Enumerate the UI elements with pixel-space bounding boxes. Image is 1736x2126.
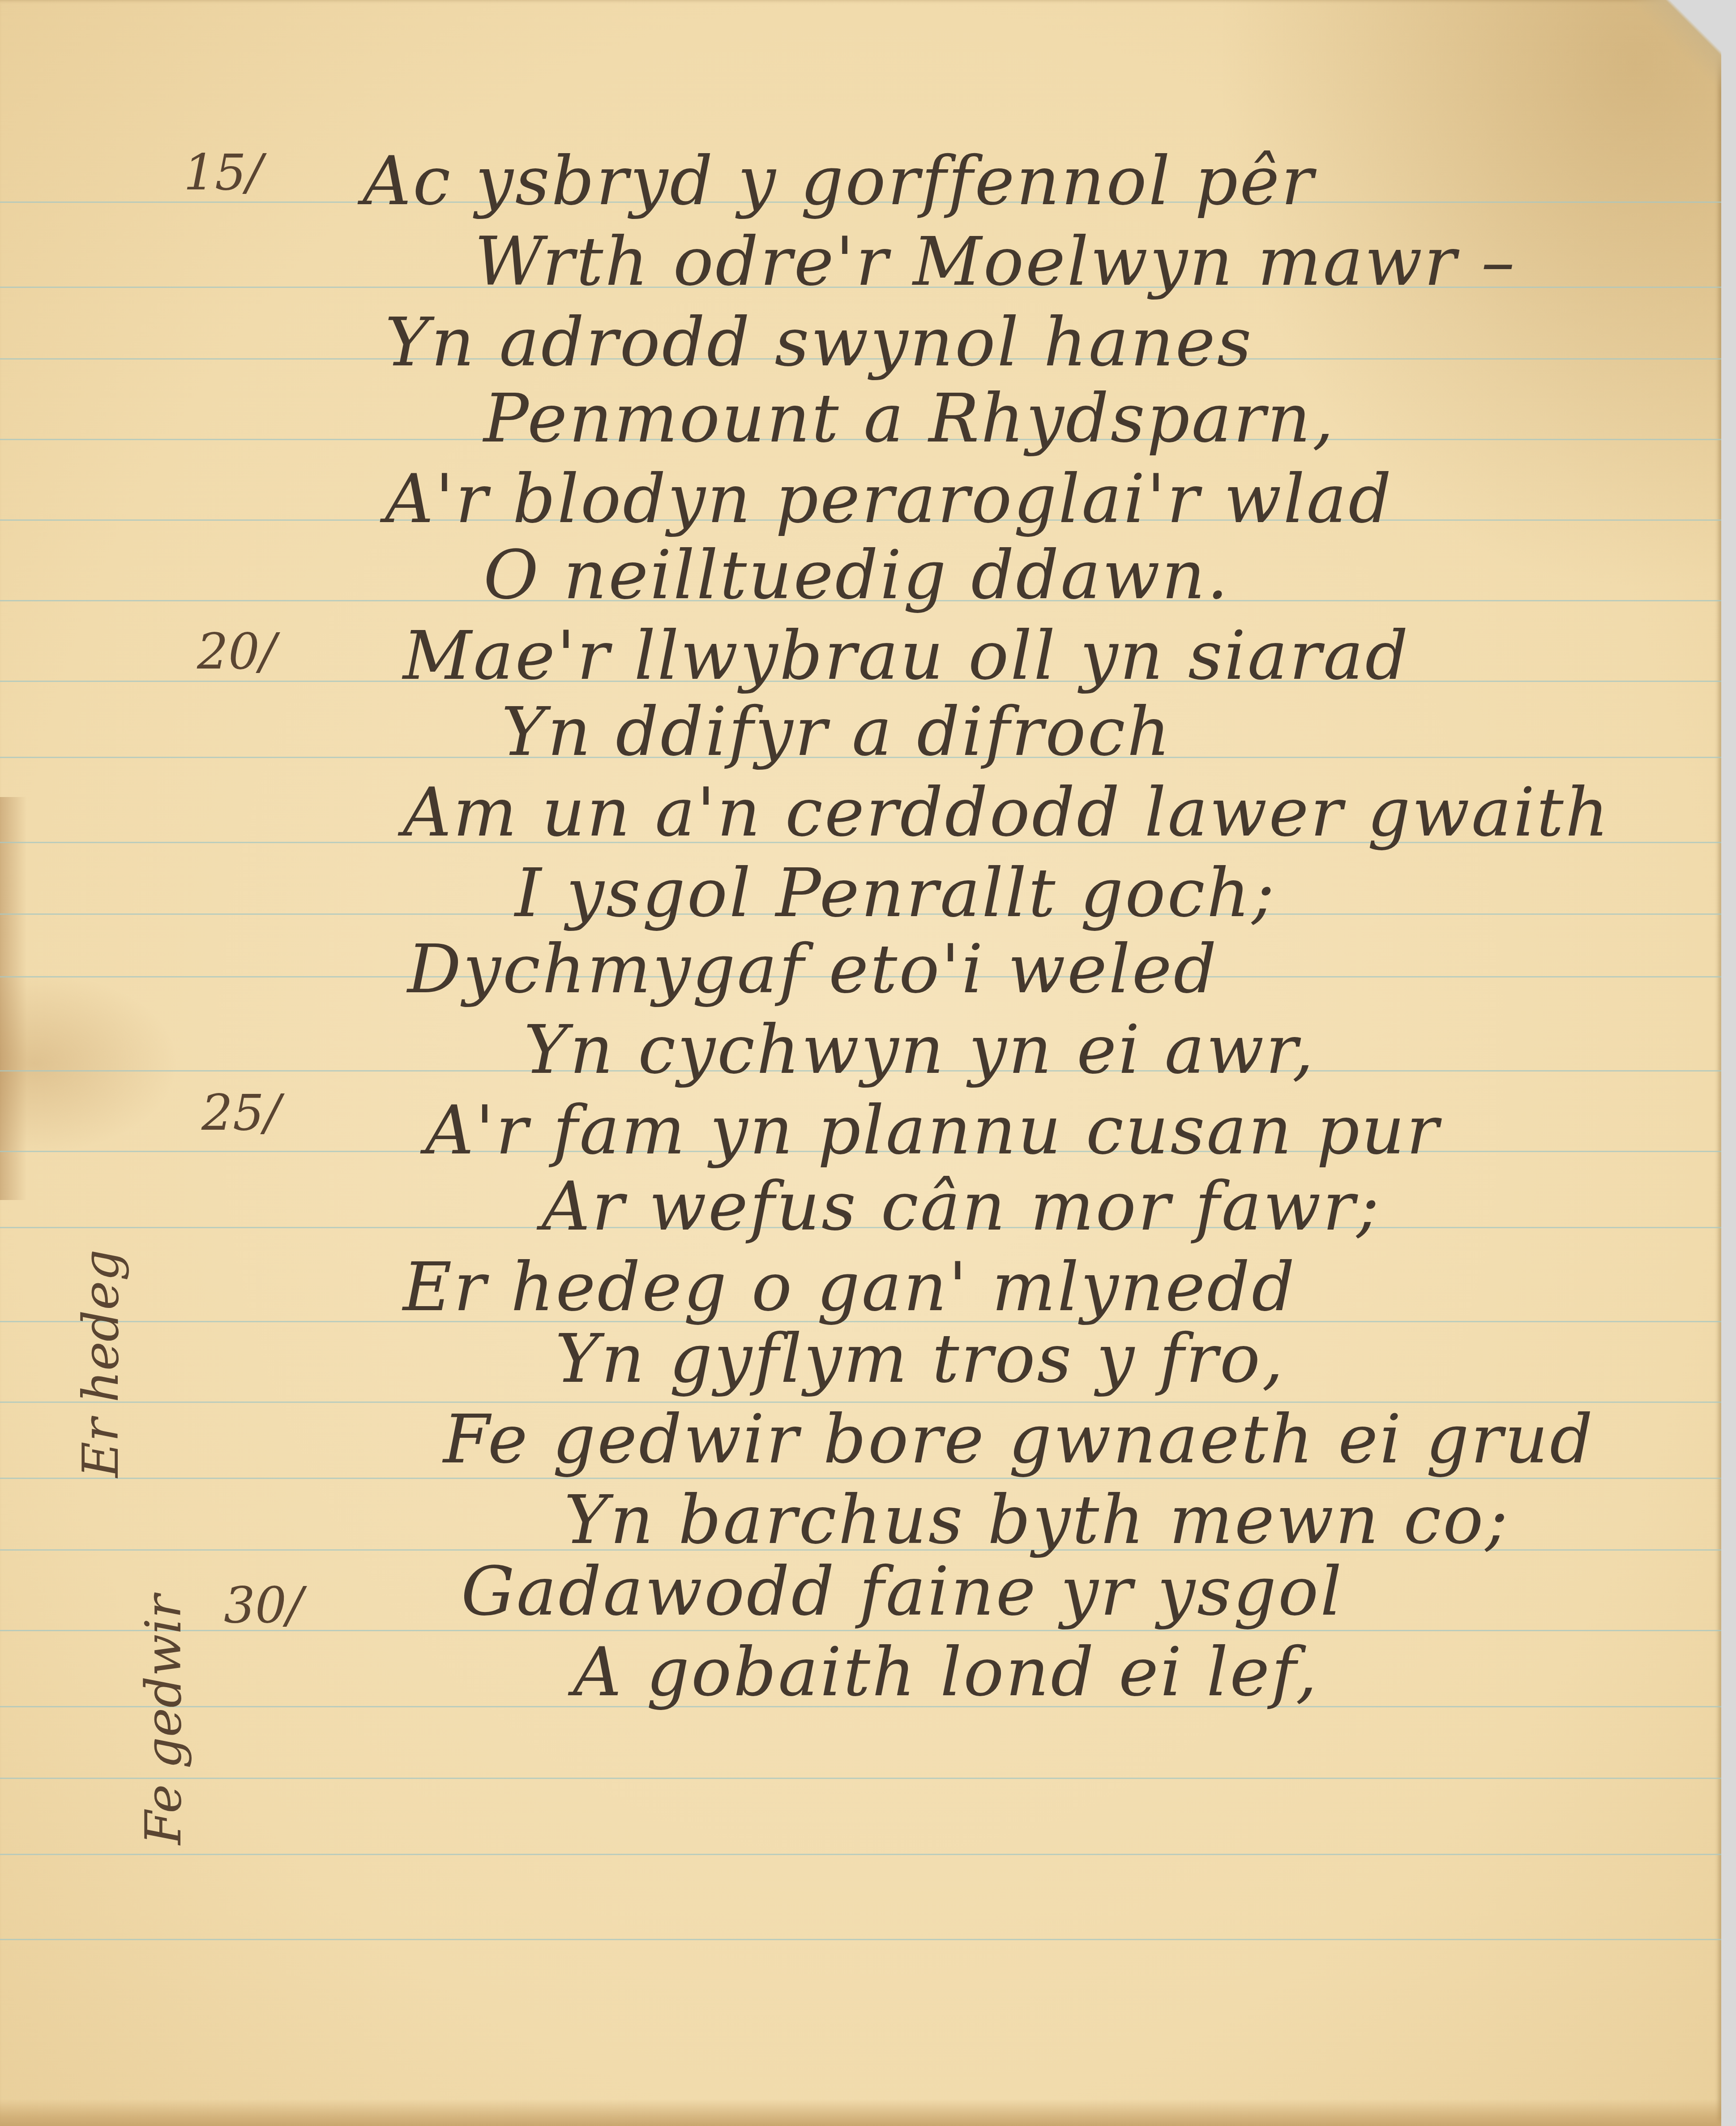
poem-line: Mae'r llwybrau oll yn siarad — [403, 622, 1410, 690]
manuscript-page: 15/ 20/ 25/ 30/ Er hedeg Fe gedwir Ac ys… — [0, 0, 1721, 2126]
poem-line: O neilltuedig ddawn. — [483, 542, 1230, 609]
poem-line: A gobaith lond ei lef, — [573, 1639, 1319, 1706]
line-number-label: 25/ — [201, 1084, 281, 1141]
line-number-15: 15/ — [184, 148, 263, 197]
poem-line: Dychmygaf eto'i weled — [407, 936, 1218, 1003]
poem-line: Yn adrodd swynol hanes — [385, 309, 1253, 376]
poem-line: Wrth odre'r Moelwyn mawr – — [475, 228, 1517, 296]
line-number-25: 25/ — [201, 1088, 281, 1137]
poem-line: Yn ddifyr a difroch — [501, 699, 1172, 766]
poem-line: Yn barchus byth mewn co; — [564, 1487, 1509, 1554]
poem-line: Ac ysbryd y gorffennol pêr — [363, 148, 1315, 215]
poem-line: Yn cychwyn yn ei awr, — [524, 1016, 1315, 1084]
line-number-label: 15/ — [184, 144, 263, 201]
spine-stain — [0, 797, 27, 1200]
margin-note-fe-gedwir: Fe gedwir — [139, 1595, 188, 1845]
margin-note-er-hedeg: Er hedeg — [76, 1249, 125, 1478]
margin-note-text: Fe gedwir — [135, 1595, 192, 1845]
line-number-label: 20/ — [197, 623, 276, 680]
ruled-line — [0, 1854, 1721, 1855]
poem-line: Fe gedwir bore gwnaeth ei grud — [443, 1406, 1595, 1473]
line-number-label: 30/ — [224, 1577, 303, 1634]
line-number-30: 30/ — [224, 1581, 303, 1630]
poem-line: Am un a'n cerddodd lawer gwaith — [403, 779, 1610, 846]
poem-line: Yn gyflym tros y fro, — [555, 1325, 1285, 1393]
ruled-line — [0, 1778, 1721, 1779]
poem-line: Gadawodd faine yr ysgol — [461, 1558, 1343, 1625]
poem-line: I ysgol Penrallt goch; — [515, 860, 1276, 927]
ruled-line — [0, 1939, 1721, 1940]
poem-line: A'r fam yn plannu cusan pur — [425, 1097, 1440, 1164]
poem-line: Penmount a Rhydsparn, — [483, 385, 1335, 452]
poem-line: Ar wefus cân mor fawr; — [542, 1173, 1381, 1240]
line-number-20: 20/ — [197, 627, 276, 676]
poem-line: A'r blodyn peraroglai'r wlad — [385, 466, 1393, 533]
poem-line: Er hedeg o gan' mlynedd — [403, 1254, 1296, 1321]
margin-note-text: Er hedeg — [72, 1249, 129, 1478]
